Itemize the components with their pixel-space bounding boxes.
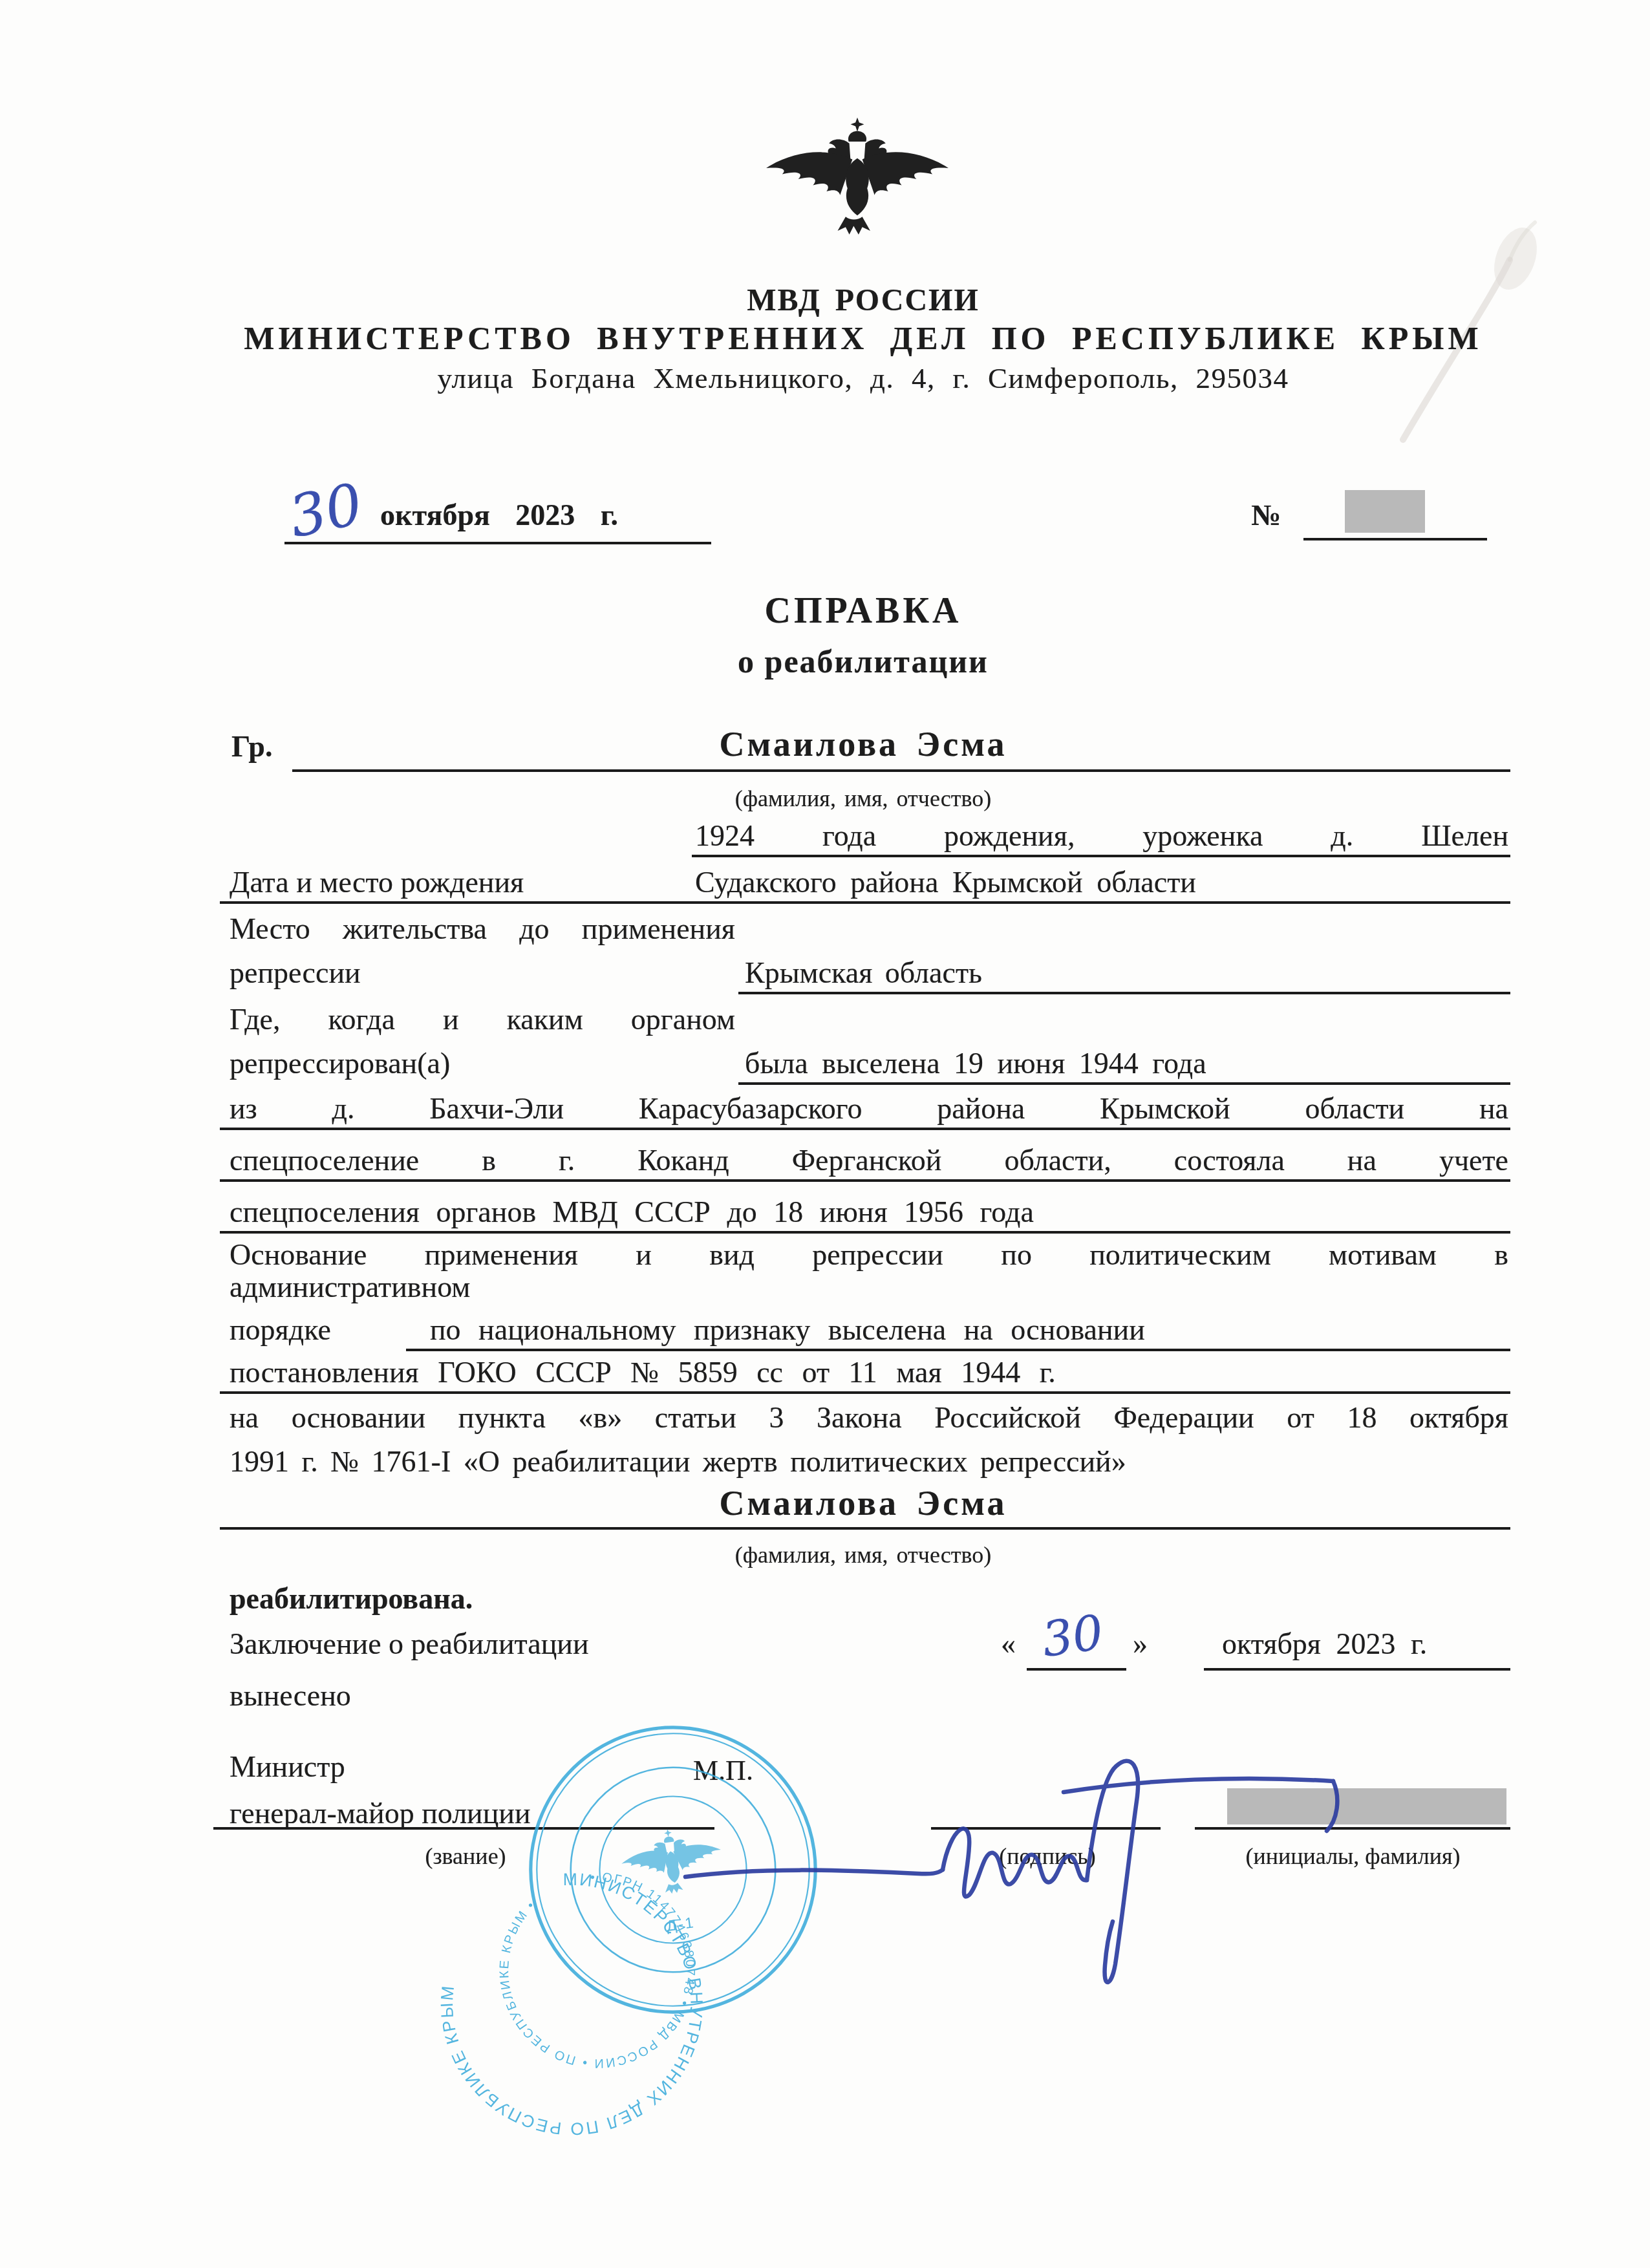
conclusion-date-underline — [1204, 1668, 1510, 1671]
underline — [220, 1231, 1510, 1234]
handwritten-day-top: 30 — [284, 470, 369, 550]
birth-label: Дата и место рождения — [230, 865, 524, 900]
handwritten-day-conclusion: 30 — [1038, 1605, 1106, 1668]
verdict-text: реабилитирована. — [230, 1581, 473, 1616]
residence-label-line2: репрессии — [230, 956, 361, 990]
signature-ink — [647, 1707, 1422, 2011]
underline — [220, 1179, 1510, 1182]
name-caption-2: (фамилия, имя, отчество) — [230, 1541, 1497, 1568]
org-full-title: МИНИСТЕРСТВО ВНУТРЕННИХ ДЕЛ ПО РЕСПУБЛИК… — [230, 321, 1497, 356]
birth-value-line1: 1924 года рождения, уроженка д. Шелен — [695, 818, 1508, 853]
underline — [220, 1527, 1510, 1530]
conclusion-date: октября 2023 г. — [1222, 1627, 1427, 1662]
residence-value: Крымская область — [745, 956, 982, 990]
signer-rank: генерал-майор полиции — [230, 1796, 531, 1831]
repression-cont-line3: спецпоселения органов МВД СССР до 18 июн… — [230, 1195, 1034, 1230]
repression-value: была выселена 19 июня 1944 года — [745, 1046, 1206, 1081]
document-page: МВД РОССИИ МИНИСТЕРСТВО ВНУТРЕННИХ ДЕЛ П… — [0, 0, 1650, 2268]
quote-close: » — [1133, 1627, 1148, 1662]
repression-label-line1: Где, когда и каким органом — [230, 1002, 735, 1037]
basis-label-line2: административном — [230, 1270, 470, 1305]
underline — [406, 1349, 1510, 1351]
org-short-title: МВД РОССИИ — [230, 283, 1497, 318]
date-text: октября 2023 г. — [380, 498, 618, 533]
quote-open: « — [1001, 1627, 1016, 1662]
basis-value-line2: постановления ГОКО СССР № 5859 сс от 11 … — [230, 1355, 1056, 1390]
underline — [738, 992, 1510, 994]
conclusion-label-line2: вынесено — [230, 1678, 351, 1713]
name-underline — [292, 769, 1510, 772]
signer-position: Министр — [230, 1749, 345, 1784]
repression-cont-line2: спецпоселение в г. Коканд Ферганской обл… — [230, 1143, 1508, 1178]
underline — [220, 1391, 1510, 1394]
law-line1: на основании пункта «в» статьи 3 Закона … — [230, 1400, 1508, 1435]
basis-value-line1: по национальному признаку выселена на ос… — [430, 1312, 1145, 1347]
name-caption: (фамилия, имя, отчество) — [230, 785, 1497, 812]
basis-label-line3: порядке — [230, 1312, 331, 1347]
number-underline — [1303, 538, 1487, 540]
conclusion-label-line1: Заключение о реабилитации — [230, 1627, 589, 1662]
underline — [220, 1128, 1510, 1130]
residence-label-line1: Место жительства до применения — [230, 912, 735, 947]
repression-cont-line1: из д. Бахчи-Эли Карасубазарского района … — [230, 1091, 1508, 1126]
birth-value-line2: Судакского района Крымской области — [695, 865, 1196, 900]
mvd-eagle-emblem-icon — [753, 115, 962, 244]
repression-label-line2: репрессирован(а) — [230, 1046, 450, 1081]
day-underline — [1027, 1668, 1126, 1671]
doc-subtitle: о реабилитации — [230, 644, 1497, 679]
basis-label-line1: Основание применения и вид репрессии по … — [230, 1237, 1508, 1272]
date-underline — [284, 542, 711, 544]
doc-title: СПРАВКА — [230, 594, 1497, 628]
underline — [692, 855, 1510, 857]
number-sign: № — [1251, 498, 1281, 533]
number-redaction-box — [1345, 490, 1425, 533]
law-line2: 1991 г. № 1761-I «О реабилитации жертв п… — [230, 1444, 1126, 1479]
underline — [738, 1082, 1510, 1085]
full-name-2: Смаилова Эсма — [230, 1486, 1497, 1521]
underline — [220, 901, 1510, 904]
org-address: улица Богдана Хмельницкого, д. 4, г. Сим… — [230, 361, 1497, 396]
full-name: Смаилова Эсма — [230, 727, 1497, 762]
